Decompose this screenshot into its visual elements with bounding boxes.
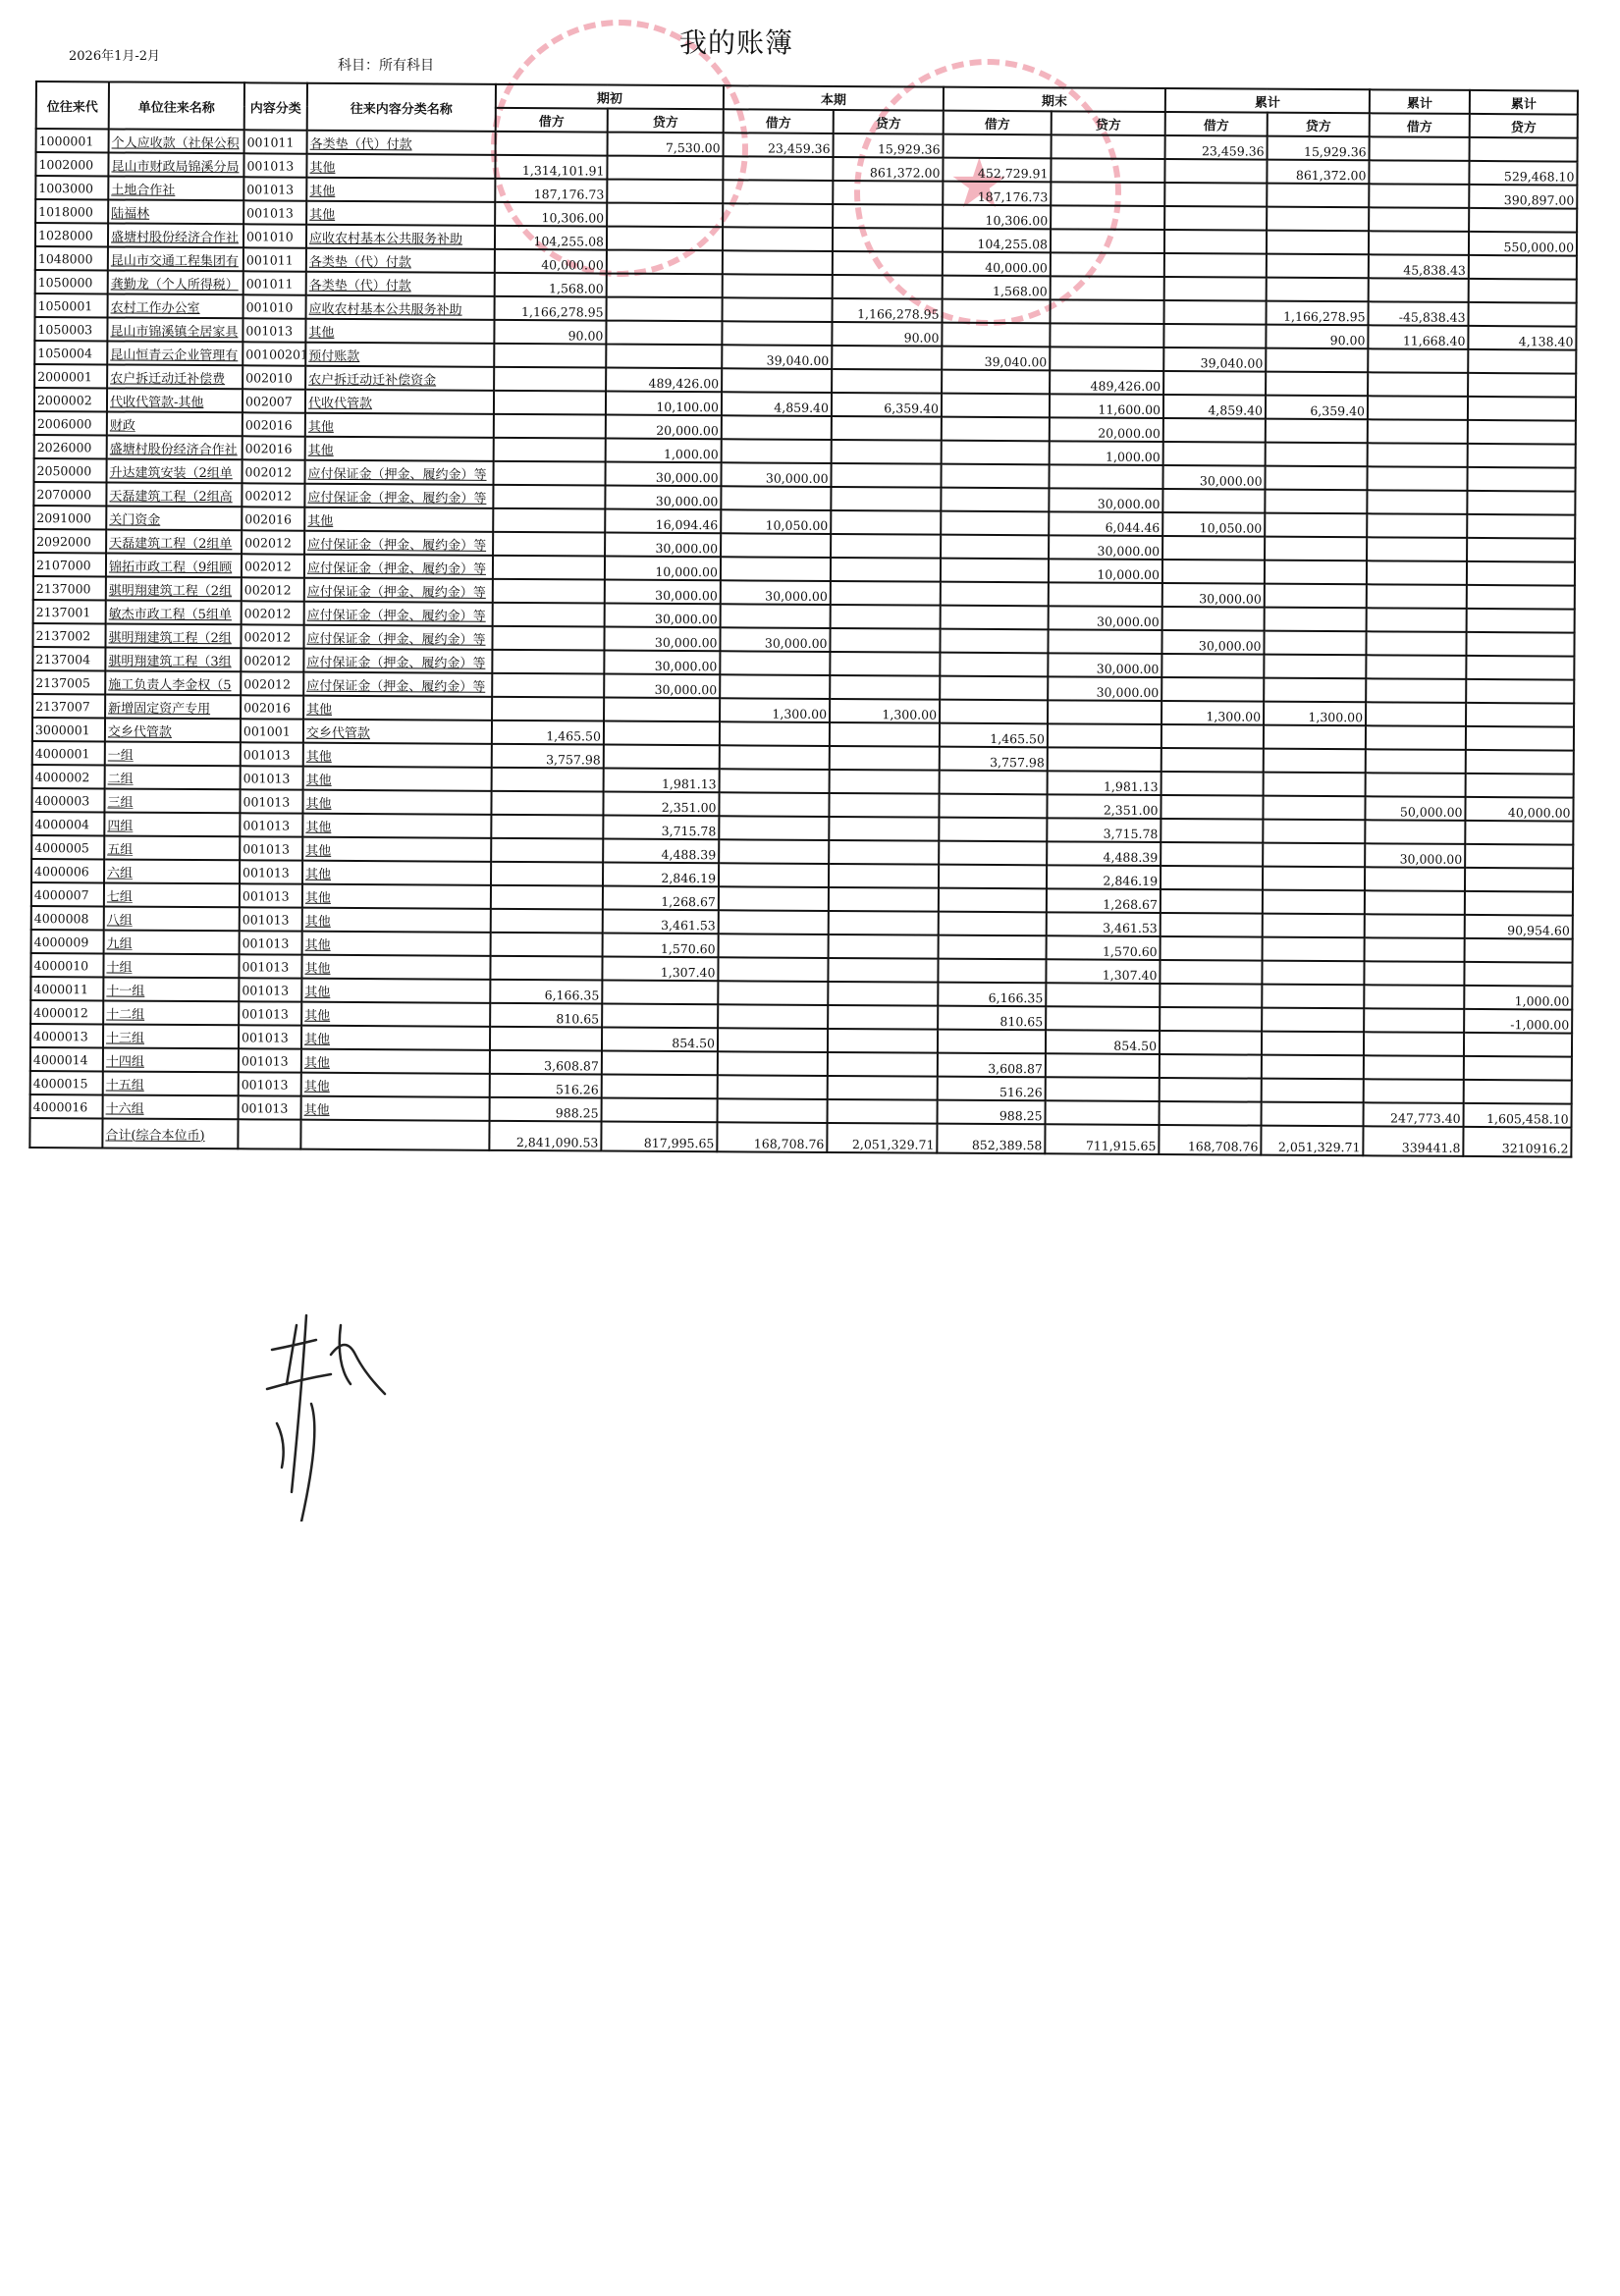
cell-class-name: 各类垫（代）付款 [306, 272, 495, 296]
cell-cumulative2-debit: 45,838.43 [1369, 254, 1469, 279]
cell-closing-credit: 6,044.46 [1049, 511, 1162, 536]
cell-closing-debit [938, 1030, 1046, 1054]
ledger-body: 1000001个人应收款（社保公积001011各类垫（代）付款7,530.002… [29, 129, 1577, 1157]
cell-current-debit: 1,300.00 [720, 698, 830, 722]
cell-opening-debit: 90.00 [494, 320, 606, 345]
cell-name: 升达建筑安装（2组单 [107, 458, 243, 483]
cell-cumulative-debit [1164, 230, 1267, 254]
cell-cumulative3-credit [1469, 208, 1577, 233]
cell-opening-credit [606, 321, 722, 346]
cell-code: 4000009 [31, 930, 104, 953]
cell-cumulative2-debit: -45,838.43 [1369, 301, 1469, 326]
cell-cumulative-debit: 39,040.00 [1163, 347, 1266, 372]
cell-closing-credit [1051, 182, 1164, 206]
cell-cumulative-debit [1161, 654, 1264, 678]
header-name: 单位往来名称 [109, 81, 244, 130]
cell-current-credit [830, 722, 940, 747]
cell-opening-debit [494, 367, 606, 392]
cell-closing-credit: 30,000.00 [1049, 488, 1162, 512]
cell-cumulative2-debit: 50,000.00 [1365, 796, 1465, 821]
cell-closing-debit [942, 417, 1050, 442]
cell-cumulative3-credit: 1,000.00 [1464, 986, 1572, 1010]
cell-current-credit [828, 958, 938, 983]
cell-current-debit [719, 839, 829, 864]
cell-opening-debit [492, 673, 604, 698]
cell-cumulative2-debit [1368, 419, 1468, 444]
cell-cumulative2-debit [1367, 608, 1467, 632]
cell-opening-credit: 30,000.00 [605, 486, 721, 510]
cell-cumulative2-debit [1368, 396, 1468, 420]
cell-current-credit [832, 346, 942, 370]
cell-opening-debit: 1,166,278.95 [495, 296, 607, 321]
cell-code: 1050004 [34, 341, 107, 364]
cell-opening-credit: 1,268.67 [603, 886, 719, 911]
cell-code: 1002000 [35, 152, 108, 176]
cell-closing-debit [939, 888, 1047, 913]
total-cumulative2-debit: 339441.8 [1363, 1126, 1463, 1156]
cell-cumulative-debit [1163, 442, 1266, 466]
cell-cumulative-credit [1263, 937, 1365, 962]
cell-cumulative2-debit [1369, 184, 1469, 208]
cell-name: 二组 [105, 765, 241, 789]
cell-closing-credit: 1,000.00 [1050, 441, 1163, 465]
cell-name: 七组 [104, 882, 240, 907]
cell-current-credit [829, 840, 939, 865]
cell-closing-debit [942, 323, 1050, 347]
cell-class-name: 其他 [302, 908, 491, 933]
total-current-debit: 168,708.76 [717, 1122, 827, 1152]
cell-cumulative-credit [1262, 1102, 1364, 1127]
cell-current-debit [723, 297, 833, 322]
cell-opening-debit [493, 461, 605, 486]
cell-name: 农户拆迁动迁补偿费 [107, 364, 243, 389]
subject-label: 科目：所有科目 [338, 55, 434, 75]
cell-opening-debit [494, 438, 606, 462]
cell-cumulative-debit [1161, 842, 1263, 867]
cell-opening-debit: 516.26 [490, 1074, 602, 1098]
cell-cumulative3-credit [1468, 397, 1576, 421]
cell-cumulative2-debit [1367, 631, 1467, 656]
cell-current-credit [829, 817, 939, 841]
cell-opening-credit [604, 745, 720, 770]
cell-opening-debit [493, 508, 605, 533]
cell-class-name: 应付保证金（押金、履约金）等 [304, 555, 493, 579]
cell-class-name: 应付保证金（押金、履约金）等 [303, 672, 492, 697]
cell-closing-credit [1052, 134, 1165, 159]
cell-closing-credit: 30,000.00 [1048, 676, 1161, 701]
cell-name: 龚勤龙（个人所得税） [108, 270, 243, 294]
cell-code: 1018000 [35, 199, 108, 223]
cell-opening-debit: 104,255.08 [495, 226, 607, 250]
cell-class-name: 代收代管款 [305, 390, 494, 414]
cell-class: 002012 [241, 671, 303, 695]
ledger-table: 位往来代 单位往来名称 内容分类 往来内容分类名称 期初 本期 期末 累计 累计… [28, 80, 1579, 1158]
cell-class-name: 其他 [304, 507, 493, 532]
cell-closing-credit [1046, 983, 1160, 1007]
cell-closing-debit [942, 394, 1050, 418]
cell-name: 陆福林 [108, 199, 243, 224]
cell-cumulative2-debit [1368, 372, 1468, 397]
cell-name: 四组 [104, 812, 240, 836]
cell-current-debit [723, 274, 833, 298]
cell-opening-credit: 2,846.19 [603, 863, 719, 887]
cell-closing-debit [943, 299, 1051, 324]
cell-cumulative3-credit [1465, 844, 1573, 869]
cell-opening-credit [604, 698, 720, 722]
cell-cumulative2-debit [1366, 702, 1466, 726]
cell-closing-credit [1050, 464, 1163, 489]
cell-closing-credit: 10,000.00 [1049, 559, 1162, 583]
cell-cumulative-debit [1160, 960, 1262, 985]
cell-opening-credit: 7,530.00 [608, 133, 724, 157]
cell-cumulative-credit [1265, 490, 1367, 514]
cell-class-name: 其他 [302, 861, 491, 885]
cell-class-name: 其他 [301, 1049, 490, 1074]
cell-name: 十四组 [103, 1047, 239, 1072]
total-opening-credit: 817,995.65 [601, 1122, 717, 1152]
cell-name: 施工负责人李金权（5 [105, 670, 241, 695]
cell-cumulative-debit [1160, 1007, 1262, 1032]
cell-cumulative2-debit [1365, 890, 1465, 915]
cell-class-name: 其他 [306, 201, 495, 226]
cell-opening-debit [492, 768, 604, 792]
cell-name: 新增固定资产专用 [105, 694, 241, 719]
cell-current-debit [718, 957, 828, 982]
cell-opening-debit [491, 909, 603, 934]
cell-cumulative-debit [1161, 936, 1263, 961]
total-cumulative-debit: 168,708.76 [1159, 1125, 1261, 1155]
cell-code: 2137002 [32, 623, 105, 647]
cell-class-name: 其他 [301, 1026, 490, 1050]
cell-opening-credit: 30,000.00 [604, 627, 720, 652]
cell-cumulative-debit [1160, 1054, 1262, 1079]
cell-cumulative3-credit: 550,000.00 [1469, 232, 1577, 256]
cell-cumulative3-credit: 1,605,458.10 [1464, 1103, 1572, 1128]
cell-name: 骐明翔建筑工程（2组 [105, 623, 241, 648]
cell-cumulative-credit [1262, 961, 1364, 986]
cell-class: 002012 [242, 459, 304, 483]
cell-current-debit: 30,000.00 [721, 580, 831, 605]
cell-cumulative-credit [1262, 985, 1364, 1009]
cell-cumulative-credit [1265, 561, 1367, 585]
cell-name: 昆山恒青云企业管理有 [107, 341, 243, 365]
cell-closing-debit [940, 700, 1048, 724]
total-closing-debit: 852,389.58 [937, 1124, 1045, 1154]
cell-closing-debit: 1,465.50 [940, 723, 1048, 748]
cell-class-name: 预付账款 [305, 343, 494, 367]
cell-cumulative3-credit [1465, 868, 1573, 892]
cell-class-name: 其他 [302, 932, 491, 956]
cell-code: 4000012 [30, 1000, 103, 1024]
cell-code: 1050003 [34, 317, 107, 341]
cell-code: 4000011 [30, 977, 103, 1000]
cell-current-credit [832, 440, 942, 464]
cell-closing-debit: 3,757.98 [940, 747, 1048, 772]
cell-class-name: 其他 [302, 790, 491, 815]
cell-current-debit [719, 863, 829, 887]
cell-cumulative-debit [1162, 489, 1265, 513]
cell-opening-debit [493, 603, 605, 627]
cell-name: 关门资金 [106, 506, 242, 530]
cell-opening-credit: 854.50 [602, 1028, 718, 1052]
cell-cumulative3-credit: 529,468.10 [1469, 161, 1577, 186]
cell-closing-credit [1048, 723, 1161, 748]
cell-current-debit [718, 1028, 828, 1052]
cell-class: 001013 [240, 813, 302, 836]
cell-opening-credit [607, 180, 723, 204]
header-opening: 期初 [496, 84, 724, 109]
cell-cumulative2-debit [1366, 749, 1466, 774]
cell-cumulative-credit [1267, 278, 1369, 302]
cell-cumulative-debit [1163, 324, 1266, 348]
cell-class: 001011 [243, 271, 306, 294]
cell-code: 4000016 [30, 1095, 103, 1118]
cell-class: 00100201 [243, 342, 305, 365]
header-cumulative-3: 累计 [1470, 90, 1578, 115]
cell-cumulative-credit [1266, 466, 1368, 491]
cell-cumulative-debit [1164, 206, 1267, 231]
cell-cumulative2-debit [1367, 490, 1467, 514]
cell-closing-debit [939, 912, 1047, 936]
cell-cumulative3-credit [1467, 585, 1575, 610]
cell-code: 4000005 [31, 835, 104, 859]
cell-name: 十二组 [103, 1000, 239, 1025]
cell-class-name: 应收农村基本公共服务补助 [306, 295, 495, 320]
cell-closing-credit [1051, 205, 1164, 230]
cell-current-credit [831, 510, 941, 535]
cell-cumulative2-debit [1364, 1032, 1464, 1056]
cell-cumulative-debit: 30,000.00 [1163, 465, 1266, 490]
cell-code: 2070000 [33, 482, 106, 506]
cell-cumulative3-credit [1466, 656, 1574, 680]
header-current: 本期 [724, 85, 944, 110]
cell-current-credit: 15,929.36 [834, 133, 944, 158]
cell-cumulative-debit [1164, 183, 1267, 207]
cell-current-debit [723, 250, 833, 275]
cell-cumulative2-debit [1368, 466, 1468, 491]
cell-class-name: 其他 [301, 1002, 490, 1027]
cell-class: 001013 [239, 1001, 301, 1025]
cell-closing-debit [940, 629, 1048, 654]
cell-opening-debit: 187,176.73 [495, 179, 607, 203]
cell-closing-debit: 10,306.00 [943, 205, 1051, 230]
cell-opening-credit: 20,000.00 [606, 415, 722, 440]
cell-name: 锦拓市政工程（9组顾 [106, 553, 242, 577]
cell-cumulative-debit [1160, 1078, 1262, 1102]
total-cumulative-credit: 2,051,329.71 [1261, 1126, 1363, 1156]
cell-current-debit: 30,000.00 [722, 462, 832, 487]
cell-closing-credit: 1,268.67 [1047, 888, 1161, 913]
cell-code: 4000006 [31, 859, 104, 882]
handwritten-signature [257, 1296, 395, 1522]
cell-code: 3000001 [32, 718, 105, 741]
cell-cumulative-credit: 6,359.40 [1266, 396, 1368, 420]
cell-cumulative3-credit [1467, 538, 1575, 562]
cell-cumulative-credit [1267, 184, 1369, 208]
cell-cumulative-credit [1265, 513, 1367, 538]
cell-current-credit [829, 887, 939, 912]
cell-cumulative3-credit: 40,000.00 [1465, 797, 1573, 822]
cell-closing-credit: 4,488.39 [1047, 841, 1161, 866]
cell-closing-debit: 40,000.00 [943, 252, 1051, 277]
cell-cumulative3-credit [1468, 349, 1576, 374]
cell-opening-credit: 1,570.60 [603, 934, 719, 958]
cell-class-name: 其他 [305, 413, 494, 438]
cell-class: 001013 [243, 200, 306, 224]
cell-cumulative-debit [1164, 253, 1267, 278]
cell-code: 1003000 [35, 176, 108, 199]
cell-closing-credit: 3,715.78 [1047, 818, 1161, 842]
cell-opening-credit [607, 227, 723, 251]
cell-closing-credit: 2,351.00 [1047, 794, 1161, 819]
cell-closing-credit [1048, 629, 1161, 654]
cell-opening-debit [493, 579, 605, 604]
cell-cumulative-credit: 15,929.36 [1268, 136, 1370, 161]
cell-closing-debit [942, 464, 1050, 489]
cell-closing-credit [1051, 229, 1164, 253]
cell-opening-credit [602, 1051, 718, 1076]
cell-class: 002012 [241, 648, 303, 671]
cell-current-debit [721, 557, 831, 581]
cell-cumulative3-credit [1470, 137, 1578, 162]
cell-current-credit [832, 416, 942, 441]
cell-code: 2050000 [34, 458, 107, 482]
cell-current-debit [720, 769, 830, 793]
cell-closing-debit: 6,166.35 [938, 983, 1046, 1007]
cell-current-credit [830, 652, 940, 676]
cell-closing-debit [940, 771, 1048, 795]
total-current-credit: 2,051,329.71 [827, 1123, 937, 1153]
cell-class: 002007 [243, 389, 305, 412]
cell-class-name: 应付保证金（押金、履约金）等 [304, 578, 493, 603]
cell-cumulative2-debit [1364, 1079, 1464, 1103]
cell-opening-credit: 2,351.00 [603, 792, 719, 817]
cell-opening-credit: 30,000.00 [604, 651, 720, 675]
cell-class: 001013 [243, 177, 306, 200]
total-label: 合计(综合本位币) [102, 1118, 238, 1148]
cell-code: 1028000 [35, 223, 108, 246]
cell-name: 个人应收款（社保公积 [109, 129, 244, 153]
cell-class-name: 其他 [302, 884, 491, 909]
cell-cumulative2-debit: 30,000.00 [1365, 843, 1465, 868]
cell-cumulative3-credit: 4,138.40 [1468, 326, 1576, 350]
cell-closing-credit [1051, 276, 1164, 300]
cell-opening-credit: 30,000.00 [605, 604, 721, 628]
header-cumulative-debit: 借方 [1165, 112, 1268, 136]
cell-code: 2026000 [34, 435, 107, 458]
cell-cumulative-credit [1267, 254, 1369, 279]
cell-cumulative3-credit: 390,897.00 [1469, 185, 1577, 209]
cell-current-debit: 10,050.00 [721, 509, 831, 534]
cell-cumulative3-credit: -1,000.00 [1464, 1009, 1572, 1034]
cell-opening-credit: 10,100.00 [606, 392, 722, 416]
cell-class: 002012 [242, 577, 304, 601]
cell-opening-credit [607, 203, 723, 228]
cell-closing-debit: 810.65 [938, 1006, 1046, 1031]
cell-closing-debit [942, 370, 1050, 395]
cell-current-debit: 4,859.40 [722, 392, 832, 416]
cell-class: 001013 [243, 153, 306, 177]
cell-current-credit [829, 864, 939, 888]
cell-name: 土地合作社 [108, 176, 243, 200]
cell-cumulative3-credit [1464, 1033, 1572, 1057]
cell-current-credit [830, 628, 940, 653]
cell-opening-debit [491, 862, 603, 886]
cell-cumulative-debit [1164, 300, 1267, 325]
cell-class-name: 应付保证金（押金、履约金）等 [304, 602, 493, 626]
cell-name: 盛塘村股份经济合作社 [108, 223, 243, 247]
cell-closing-debit [942, 441, 1050, 465]
cell-code: 2137004 [32, 647, 105, 670]
cell-name: 三组 [104, 788, 240, 813]
cell-cumulative-credit [1264, 678, 1366, 703]
cell-closing-debit: 516.26 [938, 1077, 1046, 1101]
cell-cumulative3-credit [1464, 962, 1572, 987]
cell-closing-credit: 30,000.00 [1048, 653, 1161, 677]
cell-cumulative2-debit [1369, 207, 1469, 232]
cell-opening-credit: 3,461.53 [603, 910, 719, 934]
cell-cumulative-debit: 23,459.36 [1165, 135, 1268, 160]
cell-code: 4000003 [31, 788, 104, 812]
cell-closing-credit: 30,000.00 [1049, 606, 1162, 630]
cell-closing-credit [1051, 158, 1164, 183]
cell-cumulative-debit [1160, 984, 1262, 1008]
cell-opening-debit [494, 391, 606, 415]
cell-opening-credit: 3,715.78 [603, 816, 719, 840]
cell-opening-debit: 1,568.00 [495, 273, 607, 297]
cell-current-debit [719, 910, 829, 934]
cell-cumulative2-debit [1366, 678, 1466, 703]
cell-code: 2107000 [33, 553, 106, 576]
cell-cumulative-debit [1161, 795, 1263, 820]
cell-current-credit [832, 369, 942, 394]
cell-current-debit [718, 1098, 828, 1123]
cell-cumulative2-debit [1367, 584, 1467, 609]
cell-current-debit [719, 816, 829, 840]
cell-cumulative3-credit [1467, 514, 1575, 539]
cell-closing-debit: 39,040.00 [942, 347, 1050, 371]
cell-current-credit: 1,166,278.95 [833, 298, 943, 323]
cell-code: 4000008 [31, 906, 104, 930]
cell-name: 昆山市财政局锦溪分局 [108, 152, 243, 177]
cell-closing-credit [1050, 347, 1163, 371]
cell-cumulative-credit [1262, 1032, 1364, 1056]
cell-current-credit [831, 581, 941, 606]
cell-current-credit [828, 1099, 938, 1124]
cell-closing-credit [1050, 323, 1163, 347]
cell-cumulative-debit: 30,000.00 [1162, 583, 1265, 608]
cell-class: 001013 [240, 931, 302, 954]
cell-current-credit [831, 605, 941, 629]
cell-closing-credit [1048, 747, 1161, 772]
cell-current-credit [832, 463, 942, 488]
cell-cumulative3-credit [1464, 1056, 1572, 1081]
cell-opening-debit [492, 626, 604, 651]
cell-closing-debit: 187,176.73 [943, 182, 1051, 206]
cell-opening-debit [490, 1027, 602, 1051]
cell-closing-credit [1051, 299, 1164, 324]
header-cumulative: 累计 [1165, 88, 1370, 113]
cell-code: 1048000 [35, 246, 108, 270]
cell-cumulative-debit: 4,859.40 [1163, 395, 1266, 419]
cell-cumulative-credit [1265, 608, 1367, 632]
cell-closing-credit: 854.50 [1046, 1030, 1160, 1054]
cell-cumulative-debit [1161, 772, 1264, 796]
cell-name: 十六组 [103, 1095, 239, 1119]
cell-current-credit: 90.00 [832, 322, 942, 347]
header-closing-debit: 借方 [944, 111, 1052, 135]
cell-current-credit [831, 534, 941, 559]
